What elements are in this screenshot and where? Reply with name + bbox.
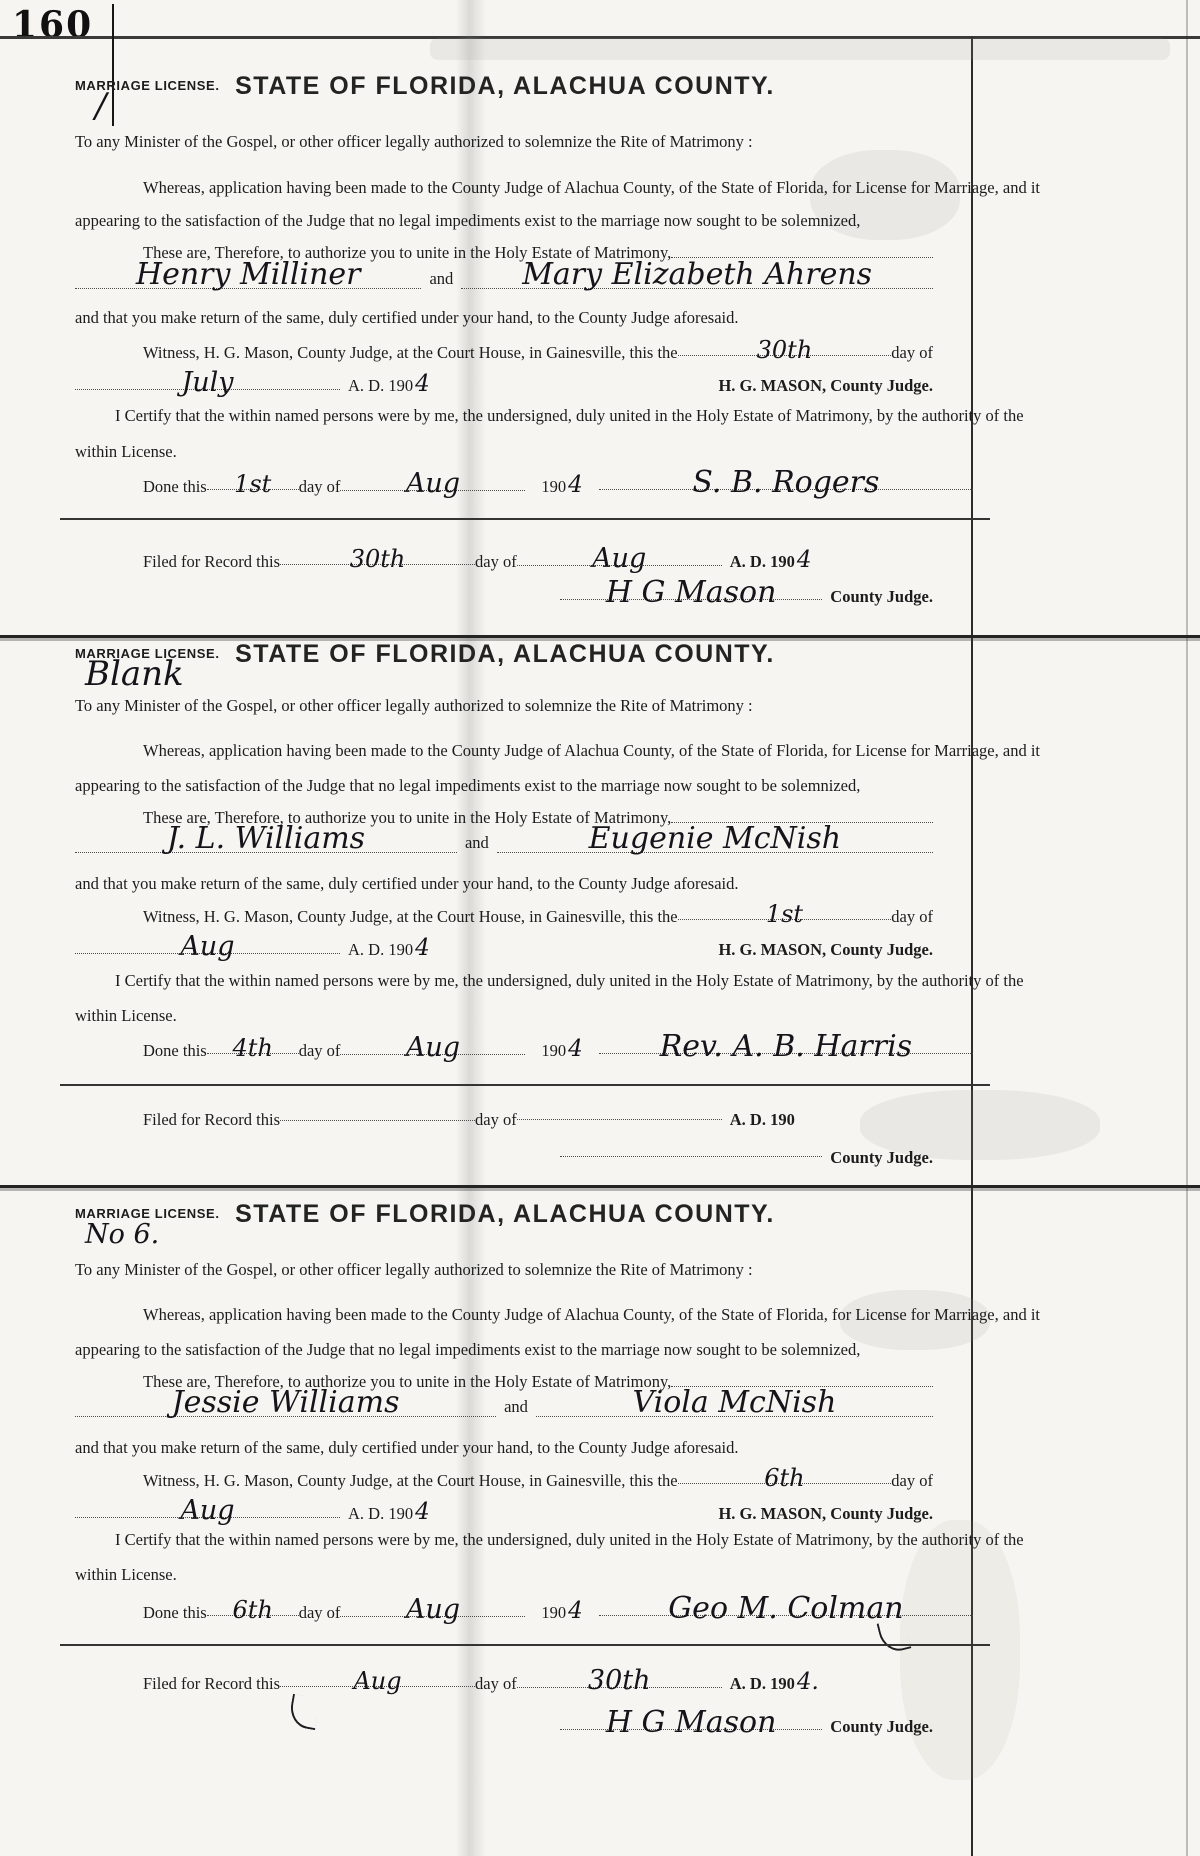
witness-line: Witness, H. G. Mason, County Judge, at t… bbox=[143, 904, 933, 927]
done-line: Done this4thday ofAug1904Rev. A. B. Harr… bbox=[143, 1034, 973, 1061]
witness-month: Aug bbox=[180, 936, 234, 959]
witness-month-blank: July bbox=[75, 372, 340, 390]
minister-signature-blank: Rev. A. B. Harris bbox=[599, 1034, 973, 1054]
bride-name: Eugenie McNish bbox=[589, 826, 841, 852]
done-day: 4th bbox=[233, 1038, 273, 1058]
witness-year: 4 bbox=[415, 375, 430, 395]
pen-flourish bbox=[287, 1694, 320, 1730]
witness-day: 1st bbox=[766, 904, 803, 924]
bride-name-blank: Viola McNish bbox=[536, 1390, 933, 1417]
filed-month-blank: 30th bbox=[517, 1670, 722, 1688]
county-judge-signature: H G Mason bbox=[606, 1710, 777, 1736]
names-line: Jessie WilliamsandViola McNish bbox=[75, 1390, 933, 1417]
done-day: 6th bbox=[233, 1600, 273, 1620]
done-month: Aug bbox=[406, 1599, 460, 1622]
filed-year: 4 bbox=[797, 551, 812, 571]
bride-name-blank: Mary Elizabeth Ahrens bbox=[461, 262, 933, 289]
done-day-blank: 1st bbox=[207, 474, 299, 490]
witness-month: Aug bbox=[180, 1500, 234, 1523]
witness-month-blank: Aug bbox=[75, 936, 340, 954]
page-number: 160 bbox=[12, 4, 93, 46]
done-day: 1st bbox=[234, 474, 271, 494]
witness-day-blank: 30th bbox=[678, 340, 892, 356]
record-divider bbox=[60, 1644, 990, 1646]
done-month-blank: Aug bbox=[340, 1599, 525, 1617]
done-month-blank: Aug bbox=[340, 473, 525, 491]
return-clause: and that you make return of the same, du… bbox=[75, 308, 738, 328]
whereas-line-1: Whereas, application having been made to… bbox=[143, 178, 1040, 198]
salutation: To any Minister of the Gospel, or other … bbox=[75, 132, 753, 152]
witness-date-line: JulyA. D. 1904H. G. MASON, County Judge. bbox=[75, 372, 933, 396]
filed-signature-blank: H G Mason bbox=[560, 580, 822, 600]
minister-signature: Rev. A. B. Harris bbox=[660, 1034, 912, 1060]
groom-name-blank: Jessie Williams bbox=[75, 1390, 496, 1417]
record-divider bbox=[60, 518, 990, 520]
whereas-line-2: appearing to the satisfaction of the Jud… bbox=[75, 776, 860, 796]
minister-signature: S. B. Rogers bbox=[692, 470, 879, 496]
witness-day-blank: 6th bbox=[678, 1468, 892, 1484]
return-clause: and that you make return of the same, du… bbox=[75, 874, 738, 894]
whereas-line-2: appearing to the satisfaction of the Jud… bbox=[75, 211, 860, 231]
whereas-line-1: Whereas, application having been made to… bbox=[143, 741, 1040, 761]
clerk-annotation: Blank bbox=[85, 660, 184, 689]
filed-month: Aug bbox=[592, 548, 646, 571]
filed-day-blank: 30th bbox=[280, 549, 475, 565]
done-line: Done this1stday ofAug1904S. B. Rogers bbox=[143, 470, 973, 497]
filed-line: Filed for Record this30thday ofAugA. D. … bbox=[143, 548, 863, 572]
certify-line-2: within License. bbox=[75, 442, 177, 462]
filed-month-blank: Aug bbox=[517, 548, 722, 566]
form-title: STATE OF FLORIDA, ALACHUA COUNTY. bbox=[75, 1200, 935, 1229]
clerk-annotation: No 6. bbox=[85, 1224, 159, 1247]
judge-printed-signature: H. G. MASON, County Judge. bbox=[718, 940, 933, 960]
filed-signature-blank: H G Mason bbox=[560, 1710, 822, 1730]
filed-day-blank bbox=[280, 1120, 475, 1121]
record-divider bbox=[60, 1084, 990, 1086]
witness-month: July bbox=[181, 372, 233, 395]
certify-line-2: within License. bbox=[75, 1565, 177, 1585]
bride-name: Mary Elizabeth Ahrens bbox=[522, 262, 872, 288]
witness-day: 30th bbox=[757, 340, 813, 360]
whereas-line-2: appearing to the satisfaction of the Jud… bbox=[75, 1340, 860, 1360]
license-record-3: MARRIAGE LICENSE. STATE OF FLORIDA, ALAC… bbox=[0, 1188, 1200, 1856]
salutation: To any Minister of the Gospel, or other … bbox=[75, 696, 753, 716]
license-record-1: MARRIAGE LICENSE. STATE OF FLORIDA, ALAC… bbox=[0, 50, 1200, 635]
form-title: STATE OF FLORIDA, ALACHUA COUNTY. bbox=[75, 72, 935, 101]
done-day-blank: 6th bbox=[207, 1600, 299, 1616]
witness-day-blank: 1st bbox=[678, 904, 892, 920]
clerk-annotation: / bbox=[95, 92, 106, 121]
filed-year: 4. bbox=[797, 1673, 819, 1693]
groom-name: J. L. Williams bbox=[167, 826, 365, 852]
witness-year: 4 bbox=[415, 939, 430, 959]
groom-name-blank: J. L. Williams bbox=[75, 826, 457, 853]
witness-date-line: AugA. D. 1904H. G. MASON, County Judge. bbox=[75, 936, 933, 960]
scanned-page: 160 MARRIAGE LICENSE. STATE OF FLORIDA, … bbox=[0, 0, 1200, 1856]
done-month: Aug bbox=[406, 473, 460, 496]
done-line: Done this6thday ofAug1904Geo M. Colman bbox=[143, 1596, 973, 1623]
witness-date-line: AugA. D. 1904H. G. MASON, County Judge. bbox=[75, 1500, 933, 1524]
bride-name: Viola McNish bbox=[633, 1390, 837, 1416]
filed-day: 30th bbox=[350, 549, 406, 569]
license-record-2: MARRIAGE LICENSE. STATE OF FLORIDA, ALAC… bbox=[0, 638, 1200, 1185]
witness-line: Witness, H. G. Mason, County Judge, at t… bbox=[143, 1468, 933, 1491]
filed-month: 30th bbox=[588, 1670, 651, 1693]
names-line: J. L. WilliamsandEugenie McNish bbox=[75, 826, 933, 853]
witness-year: 4 bbox=[415, 1503, 430, 1523]
done-year: 4 bbox=[568, 1602, 583, 1622]
certify-line-2: within License. bbox=[75, 1006, 177, 1026]
whereas-line-1: Whereas, application having been made to… bbox=[143, 1305, 1040, 1325]
minister-signature-blank: S. B. Rogers bbox=[599, 470, 973, 490]
groom-name-blank: Henry Milliner bbox=[75, 262, 421, 289]
bride-name-blank: Eugenie McNish bbox=[497, 826, 933, 853]
done-day-blank: 4th bbox=[207, 1038, 299, 1054]
filed-day: Aug bbox=[353, 1671, 401, 1691]
witness-month-blank: Aug bbox=[75, 1500, 340, 1518]
filed-month-blank bbox=[517, 1119, 722, 1120]
witness-line: Witness, H. G. Mason, County Judge, at t… bbox=[143, 340, 933, 363]
return-clause: and that you make return of the same, du… bbox=[75, 1438, 738, 1458]
minister-signature: Geo M. Colman bbox=[668, 1596, 903, 1622]
judge-printed-signature: H. G. MASON, County Judge. bbox=[718, 1504, 933, 1524]
filed-signature-line: H G MasonCounty Judge. bbox=[560, 580, 933, 607]
done-month: Aug bbox=[406, 1037, 460, 1060]
county-judge-signature: H G Mason bbox=[606, 580, 777, 606]
certify-line-1: I Certify that the within named persons … bbox=[115, 406, 1024, 426]
groom-name: Jessie Williams bbox=[172, 1390, 400, 1416]
done-year: 4 bbox=[568, 1040, 583, 1060]
done-month-blank: Aug bbox=[340, 1037, 525, 1055]
form-title: STATE OF FLORIDA, ALACHUA COUNTY. bbox=[75, 640, 935, 669]
filed-line: Filed for Record thisAugday of30thA. D. … bbox=[143, 1670, 863, 1694]
judge-printed-signature: H. G. MASON, County Judge. bbox=[718, 376, 933, 396]
filed-signature-line: County Judge. bbox=[560, 1148, 933, 1168]
minister-signature-blank: Geo M. Colman bbox=[599, 1596, 973, 1616]
filed-day-blank: Aug bbox=[280, 1671, 475, 1687]
done-year: 4 bbox=[568, 476, 583, 496]
salutation: To any Minister of the Gospel, or other … bbox=[75, 1260, 753, 1280]
names-line: Henry MillinerandMary Elizabeth Ahrens bbox=[75, 262, 933, 289]
certify-line-1: I Certify that the within named persons … bbox=[115, 971, 1024, 991]
certify-line-1: I Certify that the within named persons … bbox=[115, 1530, 1024, 1550]
filed-line: Filed for Record thisday ofA. D. 190 bbox=[143, 1110, 863, 1130]
groom-name: Henry Milliner bbox=[136, 262, 361, 288]
filed-signature-blank bbox=[560, 1156, 822, 1157]
witness-day: 6th bbox=[764, 1468, 804, 1488]
filed-signature-line: H G MasonCounty Judge. bbox=[560, 1710, 933, 1737]
